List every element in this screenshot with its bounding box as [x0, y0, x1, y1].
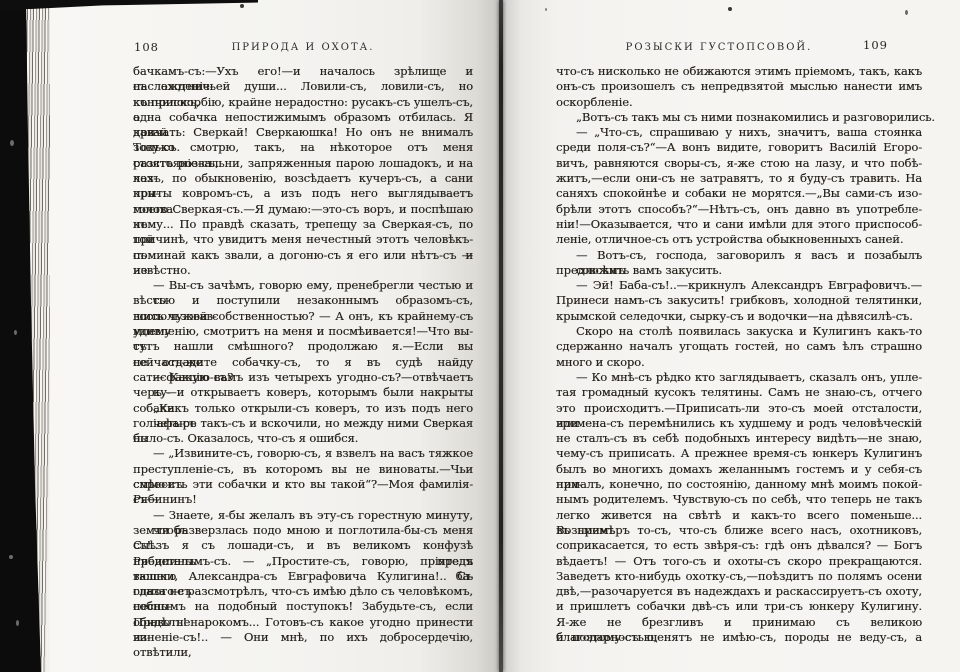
text-line: съ охотничьей души... Ловили-съ, ловили-… [133, 79, 473, 94]
text-line: виненіе-съ!.. — Они мнѣ, по ихъ добросер… [133, 630, 473, 645]
text-line: „Вотъ-съ такъ мы съ ними познакомились и… [556, 110, 922, 125]
left-page-body: бачкамъ-съ:—Ухъ его!—и началось зрѣлище … [133, 64, 473, 645]
text-line: онъ-съ произошелъ съ непредвзятой мыслью… [556, 79, 922, 94]
text-line: — Знаете, я-бы желалъ въ эту-съ горестну… [133, 508, 473, 523]
scan-speck [728, 7, 732, 11]
right-page: РОЗЫСКИ ГУСТОПСОВОЙ. 109 что-съ нискольк… [503, 0, 960, 672]
text-line: Рябининымъ-съ. — „Простите-съ, говорю, п… [133, 554, 473, 569]
text-line: — Какую вамъ изъ четырехъ угодно-съ?—отв… [133, 370, 473, 385]
scan-speck [9, 555, 13, 559]
text-line: — Вотъ-съ, господа, заговорилъ я васъ и … [556, 248, 922, 263]
text-line: — Эй! Баба-съ!..—крикнулъ Александръ Евг… [556, 278, 922, 293]
text-line: Я-же не брезгливъ и принимаю съ великою … [556, 615, 922, 630]
text-line: вичъ, равняются своры-съ, я-же стою на л… [556, 156, 922, 171]
text-line: и пришлетъ собачки двѣ-съ или три-съ юнк… [556, 599, 922, 614]
text-line: спросить эти собачки и кто вы такой“?—Мо… [133, 477, 473, 492]
text-line: Принеси намъ-съ закусить! грибковъ, холо… [556, 293, 922, 308]
text-line: крыты ковромъ-съ, а изъ подъ него выгляд… [133, 186, 473, 201]
text-line: соприкасается, то есть звѣря-съ: гдѣ онъ… [556, 538, 922, 553]
text-line: собнымъ на подобный поступокъ! Забудьте-… [133, 599, 473, 614]
scan-speck [10, 140, 14, 146]
text-line: предложить вамъ закусить. [556, 263, 922, 278]
text-line: Скоро на столѣ появилась закуска и Кулиг… [556, 324, 922, 339]
text-line: моего Сверкая-съ.—Я думаю:—это-съ воръ, … [133, 202, 473, 217]
scan-speck [14, 330, 17, 335]
book-scan: 108 ПРИРОДА И ОХОТА. бачкамъ-съ:—Ухъ его… [0, 0, 960, 672]
text-line: удивленію, смотритъ на меня и посмѣивает… [133, 324, 473, 339]
text-line: много и скоро. [556, 355, 922, 370]
text-line: голіафа-съ такъ-съ и вскочили, но между … [133, 416, 473, 431]
text-line: Заведетъ кто-нибудь охотку-съ,—поѣздитъ … [556, 569, 922, 584]
text-line: шись чужой собственностью? — А онъ, къ к… [133, 309, 473, 324]
text-line: стоятъ розвальни, запряженныя парою лоша… [133, 156, 473, 171]
text-line: брѣли этотъ способъ?“—Нѣтъ-съ, онъ давно… [556, 202, 922, 217]
text-line: глаза не разсмотрѣлъ, что-съ имѣю дѣло с… [133, 584, 473, 599]
text-line: — „Что-съ, спрашиваю у нихъ, значитъ, ва… [556, 125, 922, 140]
text-line: причинѣ, что увидитъ меня нечестный этот… [133, 232, 473, 247]
text-line: „Какъ только открыли-съ коверъ, то изъ п… [133, 401, 473, 416]
running-title-left: ПРИРОДА И ОХОТА. [133, 42, 473, 53]
text-line: былъ во многихъ домахъ желаннымъ гостемъ… [556, 462, 922, 477]
page-number-right: 109 [863, 38, 888, 52]
text-line: земля разверзлась подо мною и поглотила-… [133, 523, 473, 538]
text-line: Только смотрю, такъ, на нѣкоторое отъ ме… [133, 140, 473, 155]
text-line: тюшки, Александра-съ Евграфовича Кулигин… [133, 569, 473, 584]
text-line: леніе, отличное-съ отъ устройства обыкно… [556, 232, 922, 247]
text-line: легко живется на свѣтѣ и какъ-то всего п… [556, 508, 922, 523]
text-line: тая громадный кусокъ телятины. Самъ не з… [556, 385, 922, 400]
text-line: нему... По правдѣ сказать, трепещу за Св… [133, 217, 473, 232]
text-line: Слѣзъ я съ лошади-съ, и въ великомъ конф… [133, 538, 473, 553]
text-line: поминай какъ звали, а догоню-съ я его ил… [133, 248, 473, 263]
text-line: нималъ, конечно, по состоянію, данному м… [556, 477, 922, 492]
scan-speck [240, 4, 244, 8]
text-line: чему-съ приписать. А прежнее время-съ юн… [556, 446, 922, 461]
scan-speck [905, 10, 908, 15]
running-title-right: РОЗЫСКИ ГУСТОПСОВОЙ. [536, 42, 902, 53]
text-line: черъ,—и открываетъ коверъ, которымъ были… [133, 385, 473, 400]
text-line: къ прискорбію, крайне нерадостно: русакъ… [133, 95, 473, 110]
scan-speck [16, 620, 19, 626]
text-line: что-съ нисколько не обижаются этимъ пріе… [556, 64, 922, 79]
text-line: и поэтому-съ щенятъ не имѣю-съ, породы н… [556, 630, 922, 645]
left-page: 108 ПРИРОДА И ОХОТА. бачкамъ-съ:—Ухъ его… [50, 0, 499, 672]
gutter-line [499, 0, 503, 672]
text-line: сдержанно началъ угощать гостей, но самъ… [556, 339, 922, 354]
text-line: тутъ нашли смѣшного? продолжаю я.—Если в… [133, 339, 473, 354]
scan-speck [545, 8, 547, 11]
text-line: — Вы-съ зачѣмъ, говорю ему, пренебрегли … [133, 278, 473, 293]
text-line: бачкамъ-съ:—Ухъ его!—и началось зрѣлище … [133, 64, 473, 79]
text-line: это происходитъ.—Приписать-ли это-съ мое… [556, 401, 922, 416]
text-line: не сталъ-съ въ себѣ подобныхъ интересу в… [556, 431, 922, 446]
text-line: житъ,—если они-съ не затравятъ, то я буд… [556, 171, 922, 186]
text-line: Право ненарокомъ... Готовъ-съ какое угод… [133, 615, 473, 630]
text-line: саняхъ спокойнѣе и собаки не морятся.—„В… [556, 186, 922, 201]
text-line: лахъ, по обыкновенію, возсѣдаетъ кучеръ-… [133, 171, 473, 186]
text-line: времена-съ перемѣнились къ худшему и род… [556, 416, 922, 431]
text-line: — Ко мнѣ-съ рѣдко кто заглядываетъ, сказ… [556, 370, 922, 385]
text-line: одна собачка непостижимымъ образомъ отби… [133, 110, 473, 125]
text-line: нымъ родителемъ. Чувствую-съ по себѣ, чт… [556, 492, 922, 507]
text-line: крымской селедочки, сырку-съ и водочки—н… [556, 309, 922, 324]
text-line: Рябининъ! [133, 492, 473, 507]
text-line: извѣстно. [133, 263, 473, 278]
text-line: преступленіе-съ, въ которомъ вы не винов… [133, 462, 473, 477]
text-line: въ примѣръ то-съ, что-съ ближе всего нас… [556, 523, 922, 538]
text-line: вѣстью и поступили незаконнымъ образомъ-… [133, 293, 473, 308]
text-line: двѣ,—разочаруется въ надеждахъ и раскасс… [556, 584, 922, 599]
text-line: ніи!—Оказывается, что и сани имѣли для э… [556, 217, 922, 232]
text-line: не отдадите собачку-съ, то я въ судѣ най… [133, 355, 473, 370]
text-line: вѣдаетъ! — Отъ того-съ и охоты-съ скоро … [556, 554, 922, 569]
text-line: — „Извините-съ, говорю-съ, я взвелъ на в… [133, 446, 473, 461]
text-line: среди поля-съ?“—А вонъ видите, говоритъ … [556, 140, 922, 155]
right-page-body: что-съ нисколько не обижаются этимъ пріе… [556, 64, 922, 645]
text-line: кричать: Сверкай! Сверкаюшка! Но онъ не … [133, 125, 473, 140]
text-line: было-съ. Оказалось, что-съ я ошибся. [133, 431, 473, 446]
text-line: оскорбленіе. [556, 95, 922, 110]
